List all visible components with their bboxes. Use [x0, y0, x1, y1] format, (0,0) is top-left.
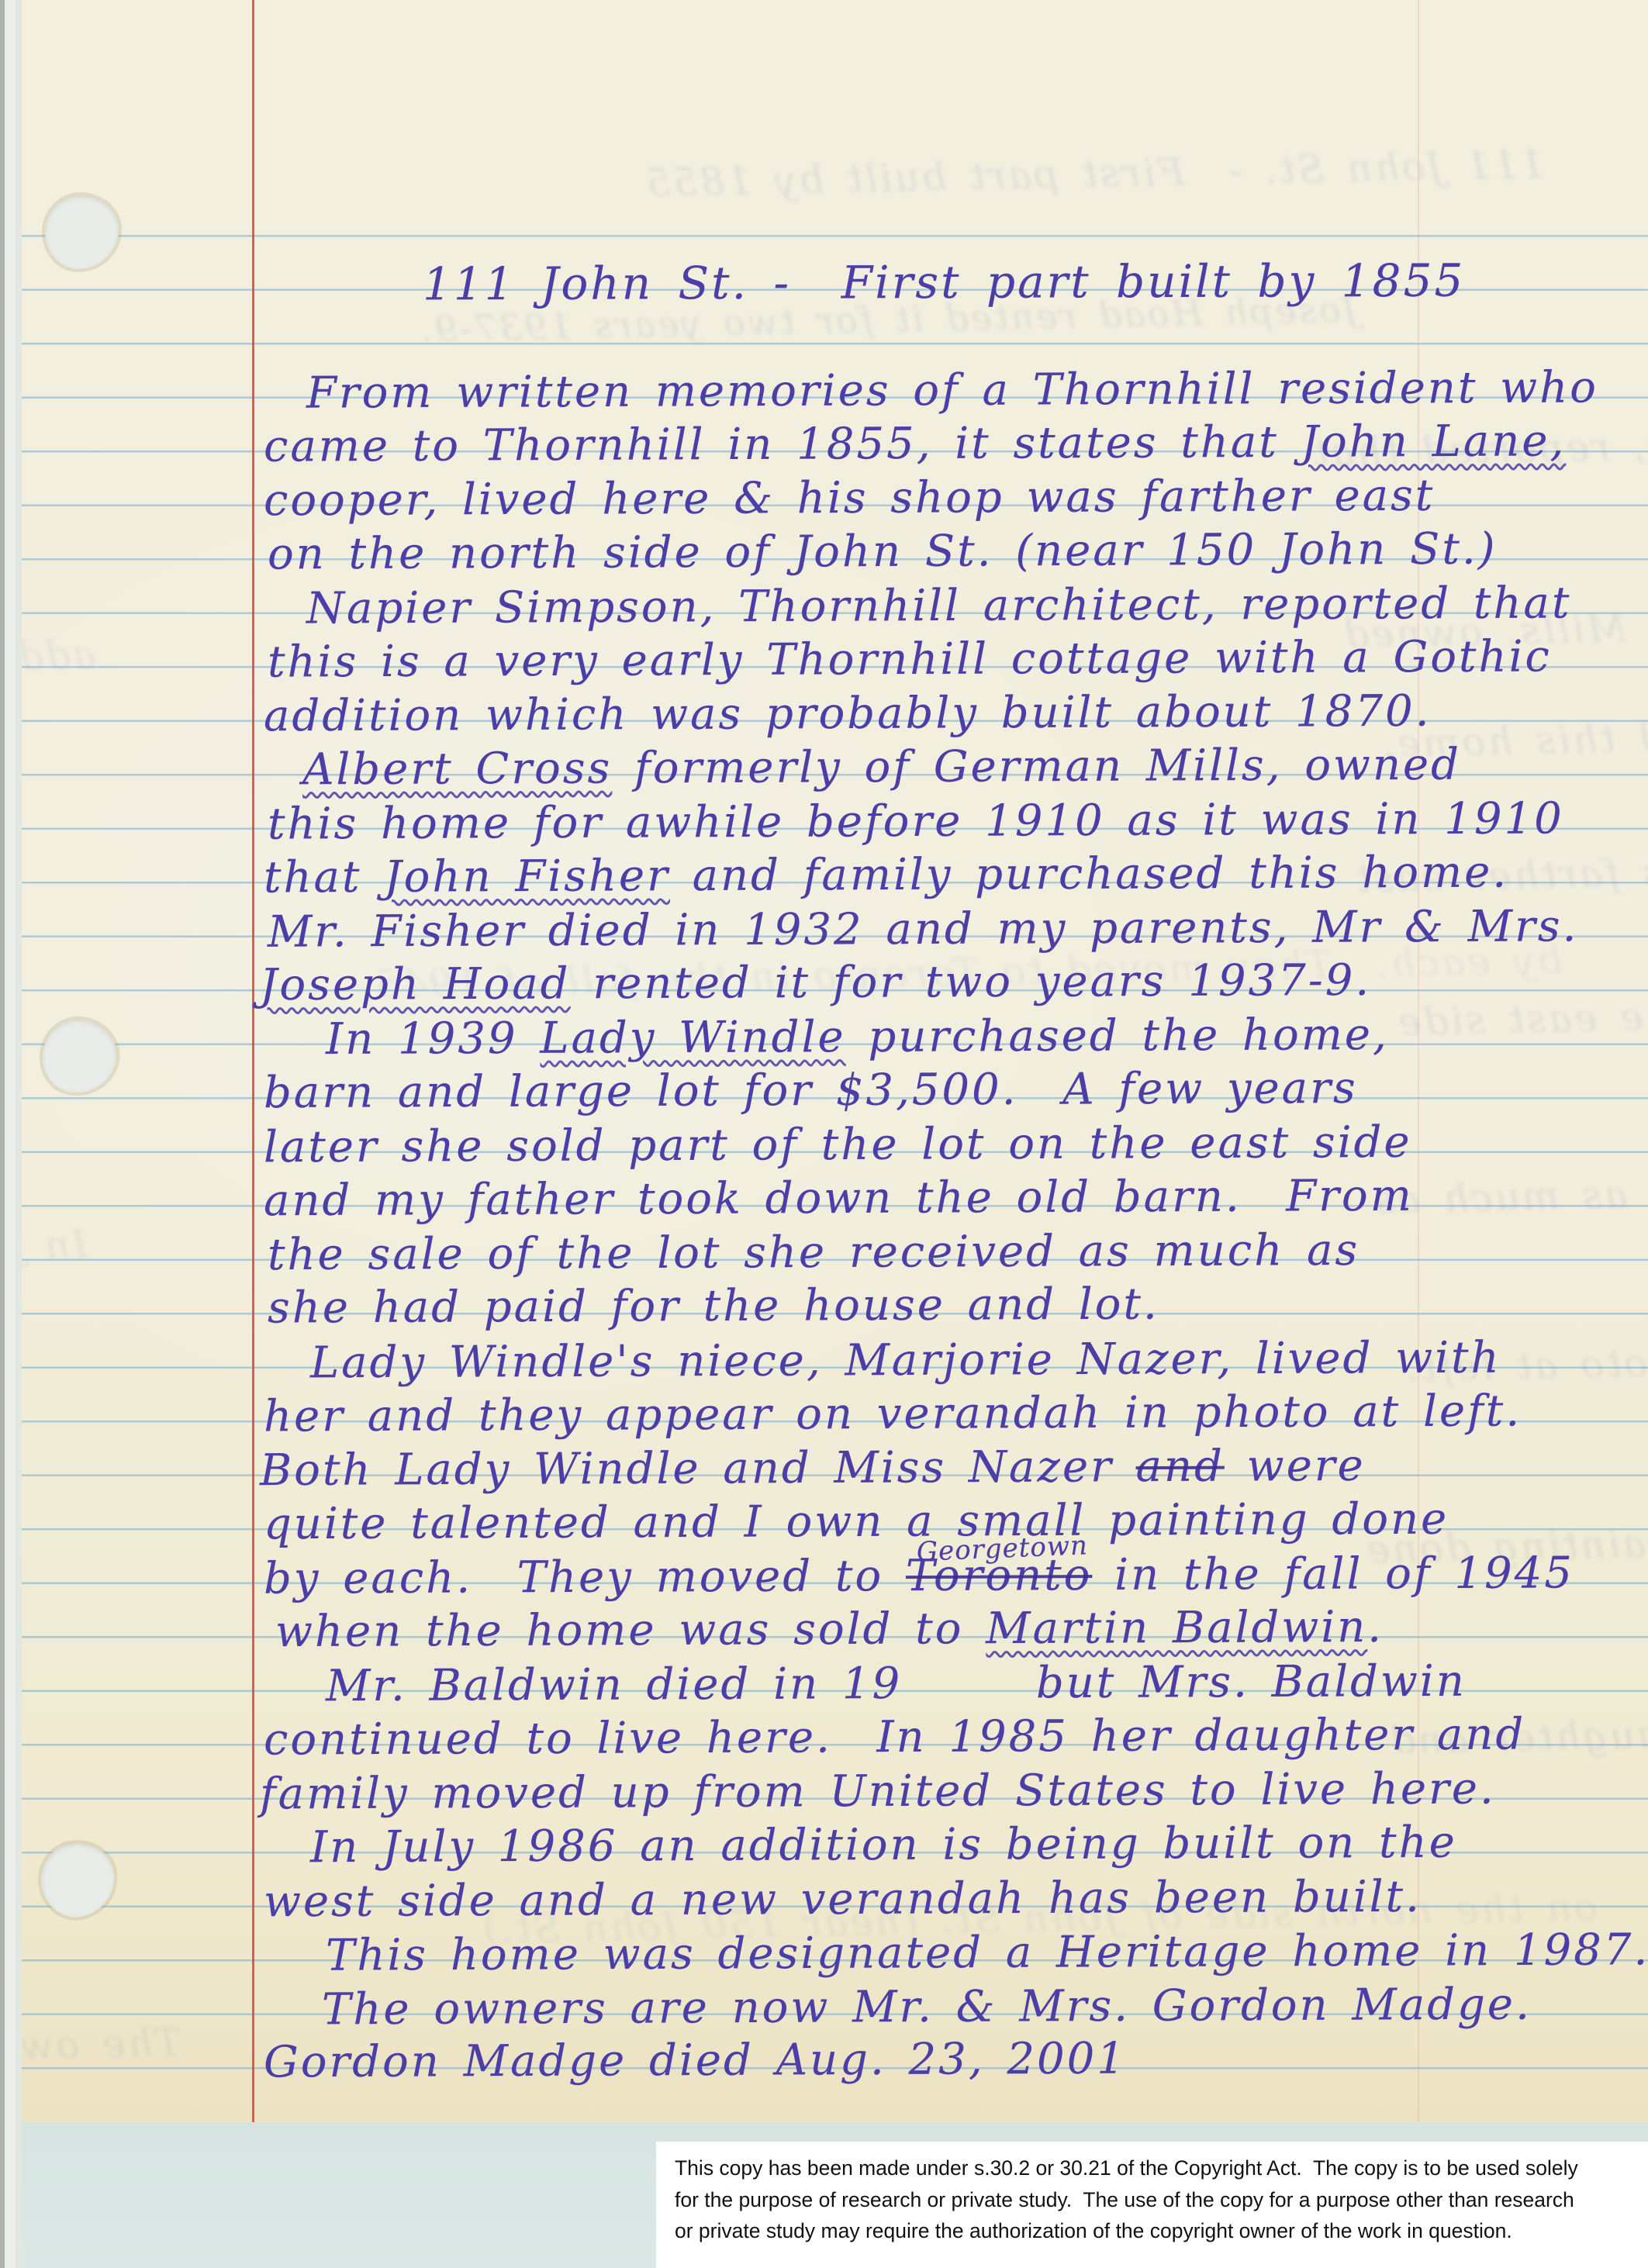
handwritten-line: came to Thornhill in 1855, it states tha…: [264, 413, 1567, 475]
red-margin-line: [252, 0, 254, 2122]
handwritten-line: continued to live here. In 1985 her daug…: [264, 1707, 1526, 1768]
copyright-notice: This copy has been made under s.30.2 or …: [656, 2142, 1648, 2268]
handwritten-line: Mr. Baldwin died in 19 but Mrs. Baldwin: [326, 1654, 1467, 1714]
handwritten-line: she had paid for the house and lot.: [268, 1276, 1159, 1336]
handwritten-line: addition which was probably built about …: [264, 684, 1432, 745]
handwritten-line: the sale of the lot she received as much…: [268, 1223, 1360, 1283]
copyright-notice-line: for the purpose of research or private s…: [675, 2184, 1648, 2216]
handwritten-line: Lady Windle's niece, Marjorie Nazer, liv…: [310, 1331, 1501, 1392]
handwritten-line: west side and a new verandah has been bu…: [264, 1869, 1422, 1931]
handwritten-line: Albert Cross formerly of German Mills, o…: [302, 737, 1461, 799]
handwritten-line: by each. They moved to TorontoGeorgetown…: [264, 1545, 1574, 1607]
handwritten-line: In July 1986 an addition is being built …: [310, 1815, 1457, 1876]
handwritten-line: This home was designated a Heritage home…: [326, 1922, 1648, 1983]
handwritten-line: on the north side of John St. (near 150 …: [268, 522, 1498, 583]
handwritten-line: Mr. Fisher died in 1932 and my parents, …: [268, 899, 1579, 960]
handwritten-line: Joseph Hoad rented it for two years 1937…: [260, 953, 1371, 1013]
scanner-edge: [0, 0, 22, 2268]
handwritten-line: cooper, lived here & his shop was farthe…: [264, 468, 1436, 530]
handwritten-line: From written memories of a Thornhill res…: [306, 360, 1598, 421]
scanned-document-page: 111 John St. - First part built by 1855 …: [0, 0, 1648, 2268]
handwritten-line: this home for awhile before 1910 as it w…: [268, 791, 1564, 852]
handwritten-line: Napier Simpson, Thornhill architect, rep…: [306, 575, 1572, 637]
handwritten-line: Both Lady Windle and Miss Nazer and were: [260, 1438, 1366, 1499]
handwritten-line: later she sold part of the lot on the ea…: [264, 1115, 1412, 1175]
handwritten-line: quite talented and I own a small paintin…: [264, 1492, 1449, 1553]
handwritten-line: and my father took down the old barn. Fr…: [264, 1169, 1414, 1229]
handwritten-line: barn and large lot for $3,500. A few yea…: [264, 1061, 1358, 1121]
handwritten-line: family moved up from United States to li…: [260, 1762, 1496, 1823]
copyright-notice-line: This copy has been made under s.30.2 or …: [675, 2152, 1648, 2184]
handwritten-line: her and they appear on verandah in photo…: [264, 1383, 1522, 1445]
handwritten-line: that John Fisher and family purchased th…: [264, 844, 1508, 906]
handwritten-line: The owners are now Mr. & Mrs. Gordon Mad…: [322, 1977, 1532, 2038]
handwritten-line: this is a very early Thornhill cottage w…: [268, 629, 1552, 690]
handwritten-line: In 1939 Lady Windle purchased the home,: [326, 1007, 1389, 1068]
handwritten-line: when the home was sold to Martin Baldwin…: [275, 1600, 1384, 1660]
handwritten-title: 111 John St. - First part built by 1855: [423, 254, 1466, 311]
handwritten-line: Gordon Madge died Aug. 23, 2001: [264, 2032, 1127, 2091]
copyright-notice-line: or private study may require the authori…: [675, 2215, 1648, 2247]
